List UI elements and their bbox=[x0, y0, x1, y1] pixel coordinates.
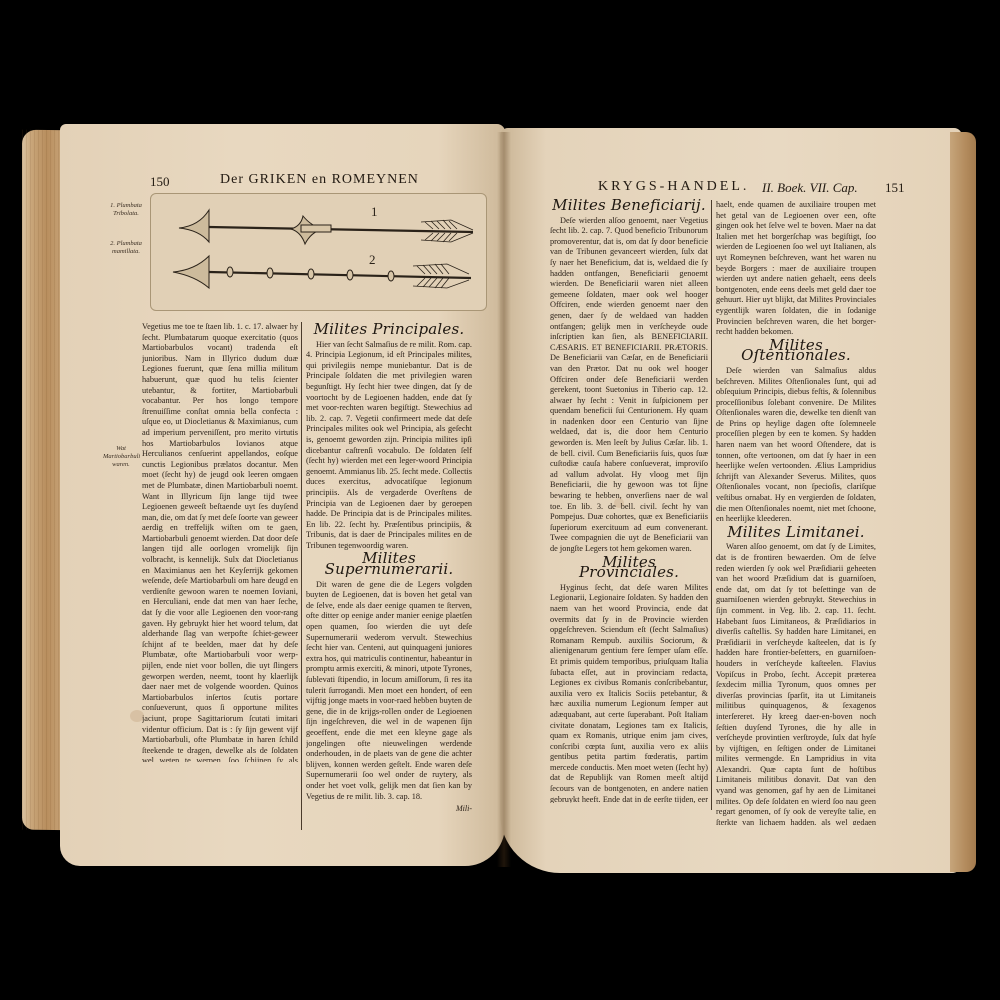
plate-label-1: 1 bbox=[371, 204, 378, 220]
book-chapter-reference: II. Boek. VII. Cap. bbox=[762, 180, 858, 196]
paragraph: haelt, ende quamen de auxiliaire troupen… bbox=[716, 200, 876, 338]
paragraph: Deſe wierden alſoo genoemt, naer Vegetiu… bbox=[550, 216, 708, 555]
paragraph: Dit waren de gene die de Legers volgden … bbox=[306, 580, 472, 802]
right-running-head: KRYGS-HANDEL. bbox=[598, 179, 749, 195]
section-heading-milites-beneficiarij: Milites Beneficiarij. bbox=[550, 200, 708, 211]
left-page-number: 150 bbox=[150, 174, 170, 190]
right-page-column-2: haelt, ende quamen de auxiliaire troupen… bbox=[716, 200, 876, 825]
catchword: Mili- bbox=[306, 804, 472, 815]
plate-label-2: 2 bbox=[369, 252, 376, 268]
paragraph: Waren alſoo genoemt, om dat ſy de Limite… bbox=[716, 542, 876, 825]
paragraph: Hier van ſecht Salmaſius de re milit. Ro… bbox=[306, 340, 472, 552]
left-page-column-1: Vegetius me toe te ſtaen lib. 1. c. 17. … bbox=[142, 322, 298, 762]
section-heading-milites-supernumerarii: Milites Supernumerarii. bbox=[306, 553, 472, 574]
plumbata-arrows-illustration bbox=[151, 194, 486, 310]
section-heading-milites-limitanei: Milites Limitanei. bbox=[716, 527, 876, 538]
paragraph: Hyginus ſecht, dat deſe waren Milites Le… bbox=[550, 583, 708, 803]
column-rule bbox=[301, 322, 302, 830]
column-rule bbox=[711, 200, 712, 810]
side-note-martiobarbuli: Wat Martiobarbuli waren. bbox=[103, 445, 139, 469]
right-page-column-1: Milites Beneficiarij. Deſe wierden alſoo… bbox=[550, 198, 708, 803]
right-page-edges bbox=[950, 132, 976, 872]
margin-note-2: 2. Plumbata mamillata. bbox=[105, 240, 147, 256]
paragraph: Deſe wierden van Salmaſius aldus beſchre… bbox=[716, 366, 876, 525]
paragraph: Vegetius me toe te ſtaen lib. 1. c. 17. … bbox=[142, 322, 298, 762]
open-book: 150 Der GRIKEN en ROMEYNEN 1. Plumbata T… bbox=[0, 0, 1000, 1000]
left-page-column-2: Milites Principales. Hier van ſecht Salm… bbox=[306, 322, 472, 834]
section-heading-milites-provinciales: Milites Provinciales. bbox=[550, 557, 708, 578]
section-heading-milites-ostentionales: Milites Oſtentionales. bbox=[716, 340, 876, 361]
right-page-number: 151 bbox=[885, 180, 905, 196]
engraving-plate: 1 2 bbox=[150, 193, 487, 311]
book-gutter bbox=[497, 132, 511, 867]
left-running-head: Der GRIKEN en ROMEYNEN bbox=[220, 172, 419, 188]
section-heading-milites-principales: Milites Principales. bbox=[306, 324, 472, 335]
margin-note-1: 1. Plumbata Tribolata. bbox=[105, 202, 147, 218]
